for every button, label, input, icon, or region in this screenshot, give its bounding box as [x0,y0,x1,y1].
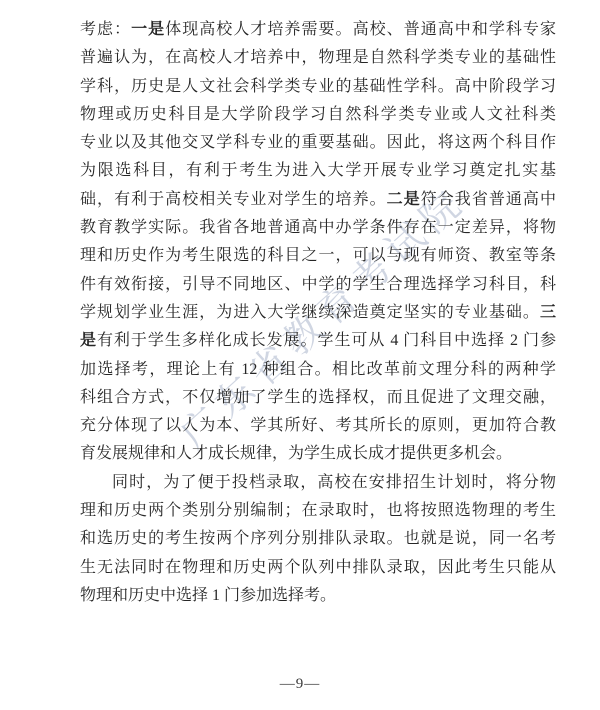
text-line: 生无法同时在物理和历史两个队列中排队录取，因此考生只能从 [80,554,556,582]
text-line: 专业以及其他交叉学科专业的重要基础。因此，将这两个科目作 [80,129,556,157]
text-run: 充分体现了以人为本、学其所好、考其所长的原则，更加符合教 [80,417,556,434]
text-block: 考虑：一是体现高校人才培养需要。高校、普通高中和学科专家普遍认为，在高校人才培养… [80,16,556,610]
text-line: 学科，历史是人文社会科学类专业的基础性学科。高中阶段学习 [80,73,556,101]
text-run: 育发展规律和人才成长规律，为学生成长成才提供更多机会。 [80,445,512,462]
text-run: 体现高校人才培养需要。高校、普通高中和学科专家 [165,21,556,38]
text-line: 理和历史两个类别分别编制；在录取时，也将按照选物理的考生 [80,497,556,525]
text-line: 理和历史作为考生限选的科目之一，可以与现有师资、教室等条 [80,242,556,270]
text-line: 为限选科目，有利于考生为进入大学开展专业学习奠定扎实基 [80,157,556,185]
text-line: 考虑：一是体现高校人才培养需要。高校、普通高中和学科专家 [80,16,556,44]
text-run: 科组合方式，不仅增加了学生的选择权，而且促进了文理交融， [80,389,556,406]
text-run: 有利于学生多样化成长发展。学生可从 4 门科目中选择 2 门参 [97,332,556,349]
text-line: 件有效衔接，引导不同地区、中学的学生合理选择学习科目，科 [80,271,556,299]
text-run: 生无法同时在物理和历史两个队列中排队录取，因此考生只能从 [80,559,556,576]
text-line: 和选历史的考生按两个序列分别排队录取。也就是说，同一名考 [80,525,556,553]
document-page: 广东省教育考试院 考虑：一是体现高校人才培养需要。高校、普通高中和学科专家普遍认… [0,0,600,710]
text-line: 教育教学实际。我省各地普通高中办学条件存在一定差异，将物 [80,214,556,242]
text-run: 件有效衔接，引导不同地区、中学的学生合理选择学习科目，科 [80,276,556,293]
text-line: 加选择考，理论上有 12 种组合。相比改革前文理分科的两种学 [80,356,556,384]
text-run: 物理和历史中选择 1 门参加选择考。 [80,587,336,604]
text-line: 普遍认为，在高校人才培养中，物理是自然科学类专业的基础性 [80,44,556,72]
text-line: 物理或历史科目是大学阶段学习自然科学类专业或人文社科类 [80,101,556,129]
text-line: 充分体现了以人为本、学其所好、考其所长的原则，更加符合教 [80,412,556,440]
text-run: 理和历史两个类别分别编制；在录取时，也将按照选物理的考生 [80,502,556,519]
text-run: 符合我省普通高中 [421,191,556,208]
text-run: 考虑： [80,21,131,38]
text-line: 是有利于学生多样化成长发展。学生可从 4 门科目中选择 2 门参 [80,327,556,355]
bold-run: 三 [540,304,556,321]
text-run: 教育教学实际。我省各地普通高中办学条件存在一定差异，将物 [80,219,556,236]
text-line: 础，有利于高校相关专业对学生的培养。二是符合我省普通高中 [80,186,556,214]
text-line: 物理和历史中选择 1 门参加选择考。 [80,582,556,610]
text-run: 物理或历史科目是大学阶段学习自然科学类专业或人文社科类 [80,106,556,123]
page-number: —9— [0,676,600,693]
text-run: 和选历史的考生按两个序列分别排队录取。也就是说，同一名考 [80,530,556,547]
text-line: 科组合方式，不仅增加了学生的选择权，而且促进了文理交融， [80,384,556,412]
text-run: 理和历史作为考生限选的科目之一，可以与现有师资、教室等条 [80,247,556,264]
bold-run: 二是 [387,191,421,208]
text-run: 为限选科目，有利于考生为进入大学开展专业学习奠定扎实基 [80,162,556,179]
text-line: 学规划学业生涯，为进入大学继续深造奠定坚实的专业基础。三 [80,299,556,327]
text-run: 同时，为了便于投档录取，高校在安排招生计划时，将分物 [112,474,556,491]
text-run: 专业以及其他交叉学科专业的重要基础。因此，将这两个科目作 [80,134,556,151]
text-line: 同时，为了便于投档录取，高校在安排招生计划时，将分物 [80,469,556,497]
text-line: 育发展规律和人才成长规律，为学生成长成才提供更多机会。 [80,440,556,468]
bold-run: 是 [80,332,97,349]
text-run: 学规划学业生涯，为进入大学继续深造奠定坚实的专业基础。 [80,304,540,321]
bold-run: 一是 [131,21,165,38]
text-run: 础，有利于高校相关专业对学生的培养。 [80,191,387,208]
text-run: 学科，历史是人文社会科学类专业的基础性学科。高中阶段学习 [80,78,556,95]
text-run: 普遍认为，在高校人才培养中，物理是自然科学类专业的基础性 [80,49,556,66]
text-run: 加选择考，理论上有 12 种组合。相比改革前文理分科的两种学 [80,361,556,378]
